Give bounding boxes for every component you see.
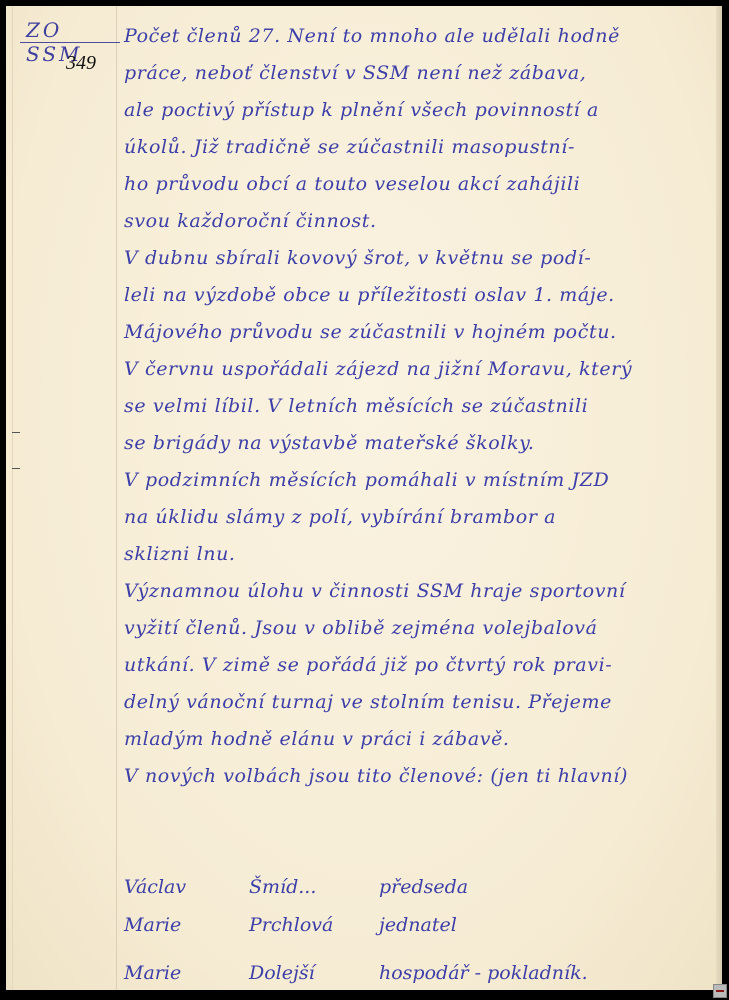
text-line: ho průvodu obcí a touto veselou akcí zah… bbox=[124, 166, 724, 203]
officer-first-name: Marie bbox=[124, 906, 249, 944]
officer-first-name: Václav bbox=[124, 868, 249, 906]
margin-line bbox=[116, 6, 117, 990]
handwritten-text-body: Počet členů 27. Není to mnoho ale udělal… bbox=[124, 18, 724, 795]
text-line: V dubnu sbírali kovový šrot, v květnu se… bbox=[124, 240, 724, 277]
margin-tick-mark bbox=[12, 468, 20, 469]
text-line: práce, neboť členství v SSM není než záb… bbox=[124, 55, 724, 92]
text-line: Počet členů 27. Není to mnoho ale udělal… bbox=[124, 18, 724, 55]
text-line: ale poctivý přístup k plnění všech povin… bbox=[124, 92, 724, 129]
page-number: 349 bbox=[66, 52, 96, 75]
text-line: mladým hodně elánu v práci i zábavě. bbox=[124, 721, 724, 758]
margin-tick-mark bbox=[12, 432, 20, 433]
text-line: utkání. V zimě se pořádá již po čtvrtý r… bbox=[124, 647, 724, 684]
text-line: V nových volbách jsou tito členové: (jen… bbox=[124, 758, 724, 795]
text-line: Významnou úlohu v činnosti SSM hraje spo… bbox=[124, 573, 724, 610]
officers-list: Václav Šmíd... předseda Marie Prchlová j… bbox=[124, 868, 714, 992]
text-line: na úklidu slámy z polí, vybírání brambor… bbox=[124, 499, 724, 536]
text-line: V červnu uspořádali zájezd na jižní Mora… bbox=[124, 351, 724, 388]
officer-role: jednatel bbox=[379, 906, 714, 944]
document-page: ZO SSM 349 Počet členů 27. Není to mnoho… bbox=[6, 6, 722, 990]
officer-row: Marie Dolejší hospodář - pokladník. bbox=[124, 954, 714, 992]
officer-role: hospodář - pokladník. bbox=[379, 954, 714, 992]
officer-first-name: Marie bbox=[124, 954, 249, 992]
text-line: delný vánoční turnaj ve stolním tenisu. … bbox=[124, 684, 724, 721]
text-line: se brigády na výstavbě mateřské školky. bbox=[124, 425, 724, 462]
page-header: ZO SSM 349 bbox=[14, 10, 114, 70]
text-line: se velmi líbil. V letních měsících se zú… bbox=[124, 388, 724, 425]
officer-row: Václav Šmíd... předseda bbox=[124, 868, 714, 906]
header-underline bbox=[20, 42, 120, 43]
text-line: leli na výzdobě obce u příležitosti osla… bbox=[124, 277, 724, 314]
text-line: vyžití členů. Jsou v oblibě zejména vole… bbox=[124, 610, 724, 647]
text-line: sklizni lnu. bbox=[124, 536, 724, 573]
officer-last-name: Šmíd... bbox=[249, 868, 379, 906]
officer-last-name: Prchlová bbox=[249, 906, 379, 944]
text-line: úkolů. Již tradičně se zúčastnili masopu… bbox=[124, 129, 724, 166]
officer-last-name: Dolejší bbox=[249, 954, 379, 992]
text-line: svou každoroční činnost. bbox=[124, 203, 724, 240]
officer-row: Marie Prchlová jednatel bbox=[124, 906, 714, 944]
window-minimize-icon[interactable] bbox=[713, 984, 727, 998]
binding-line bbox=[12, 6, 13, 990]
text-line: V podzimních měsících pomáhali v místním… bbox=[124, 462, 724, 499]
text-line: Májového průvodu se zúčastnili v hojném … bbox=[124, 314, 724, 351]
officer-role: předseda bbox=[379, 868, 714, 906]
